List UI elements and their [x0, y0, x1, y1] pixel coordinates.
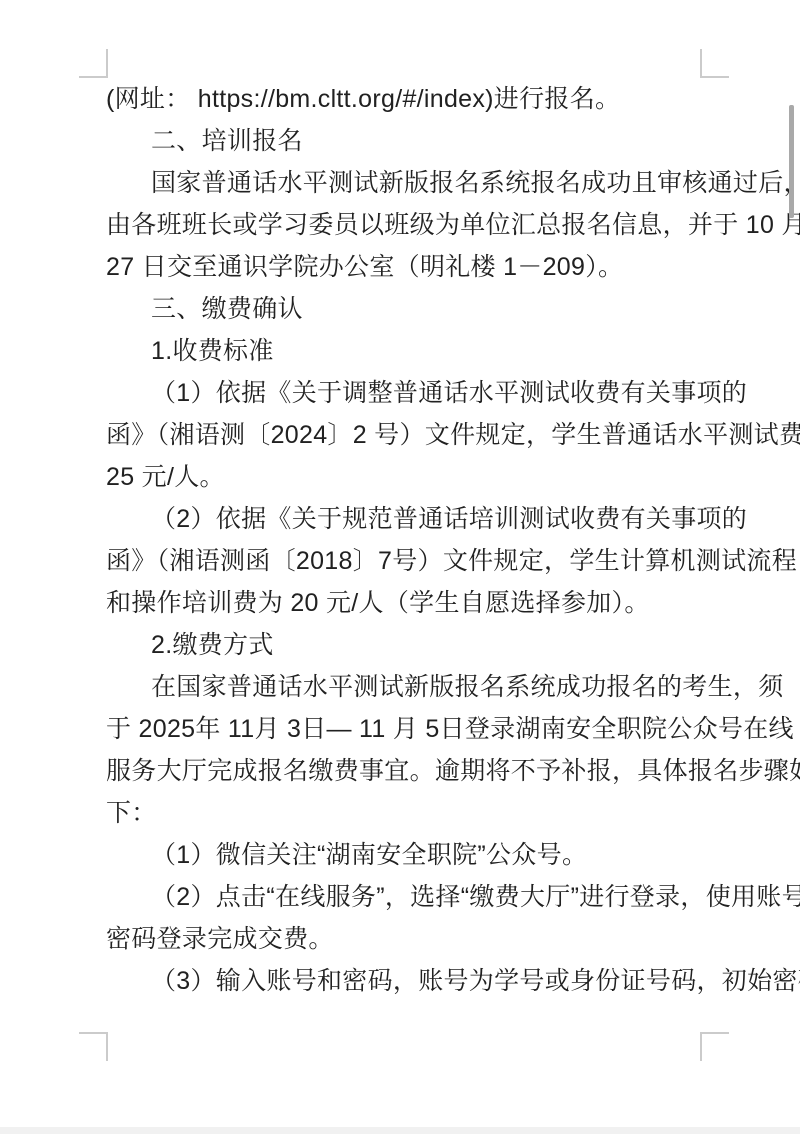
text-line-10: 25 元/人。	[106, 456, 712, 498]
text-line-17: 服务大厅完成报名缴费事宜。逾期将不予补报，具体报名步骤如	[106, 750, 712, 792]
text-line-16: 于 2025年 11月 3日— 11 月 5日登录湖南安全职院公众号在线	[106, 708, 712, 750]
text-line-6: 三、缴费确认	[106, 288, 712, 330]
text-line-2: 二、培训报名	[106, 120, 712, 162]
document-text: (网址： https://bm.cltt.org/#/index)进行报名。二、…	[106, 78, 712, 1002]
text-line-19: （1）微信关注“湖南安全职院”公众号。	[106, 834, 712, 876]
text-line-15: 在国家普通话水平测试新版报名系统成功报名的考生，须	[106, 666, 712, 708]
scrollbar-thumb[interactable]	[789, 105, 794, 218]
text-line-14: 2.缴费方式	[106, 624, 712, 666]
text-boundary-mark-bottom-left	[79, 1032, 108, 1061]
page-bottom-edge	[0, 1127, 800, 1134]
text-line-7: 1.收费标准	[106, 330, 712, 372]
text-line-22: （3）输入账号和密码，账号为学号或身份证号码，初始密码	[106, 960, 712, 1002]
text-line-5: 27 日交至通识学院办公室（明礼楼 1－209）。	[106, 246, 712, 288]
text-line-8: （1）依据《关于调整普通话水平测试收费有关事项的	[106, 372, 712, 414]
text-line-4: 由各班班长或学习委员以班级为单位汇总报名信息，并于 10 月	[106, 204, 712, 246]
text-line-9: 函》（湘语测〔2024〕2 号）文件规定，学生普通话水平测试费为	[106, 414, 712, 456]
text-line-13: 和操作培训费为 20 元/人（学生自愿选择参加）。	[106, 582, 712, 624]
text-line-18: 下：	[106, 792, 712, 834]
text-boundary-mark-top-left	[79, 49, 108, 78]
text-line-1: (网址： https://bm.cltt.org/#/index)进行报名。	[106, 78, 712, 120]
text-line-11: （2）依据《关于规范普通话培训测试收费有关事项的	[106, 498, 712, 540]
document-page: (网址： https://bm.cltt.org/#/index)进行报名。二、…	[0, 0, 800, 1134]
text-line-3: 国家普通话水平测试新版报名系统报名成功且审核通过后，	[106, 162, 712, 204]
text-line-20: （2）点击“在线服务”，选择“缴费大厅”进行登录，使用账号	[106, 876, 712, 918]
text-boundary-mark-bottom-right	[700, 1032, 729, 1061]
text-boundary-mark-top-right	[700, 49, 729, 78]
text-line-21: 密码登录完成交费。	[106, 918, 712, 960]
text-line-12: 函》（湘语测函〔2018〕7号）文件规定，学生计算机测试流程	[106, 540, 712, 582]
